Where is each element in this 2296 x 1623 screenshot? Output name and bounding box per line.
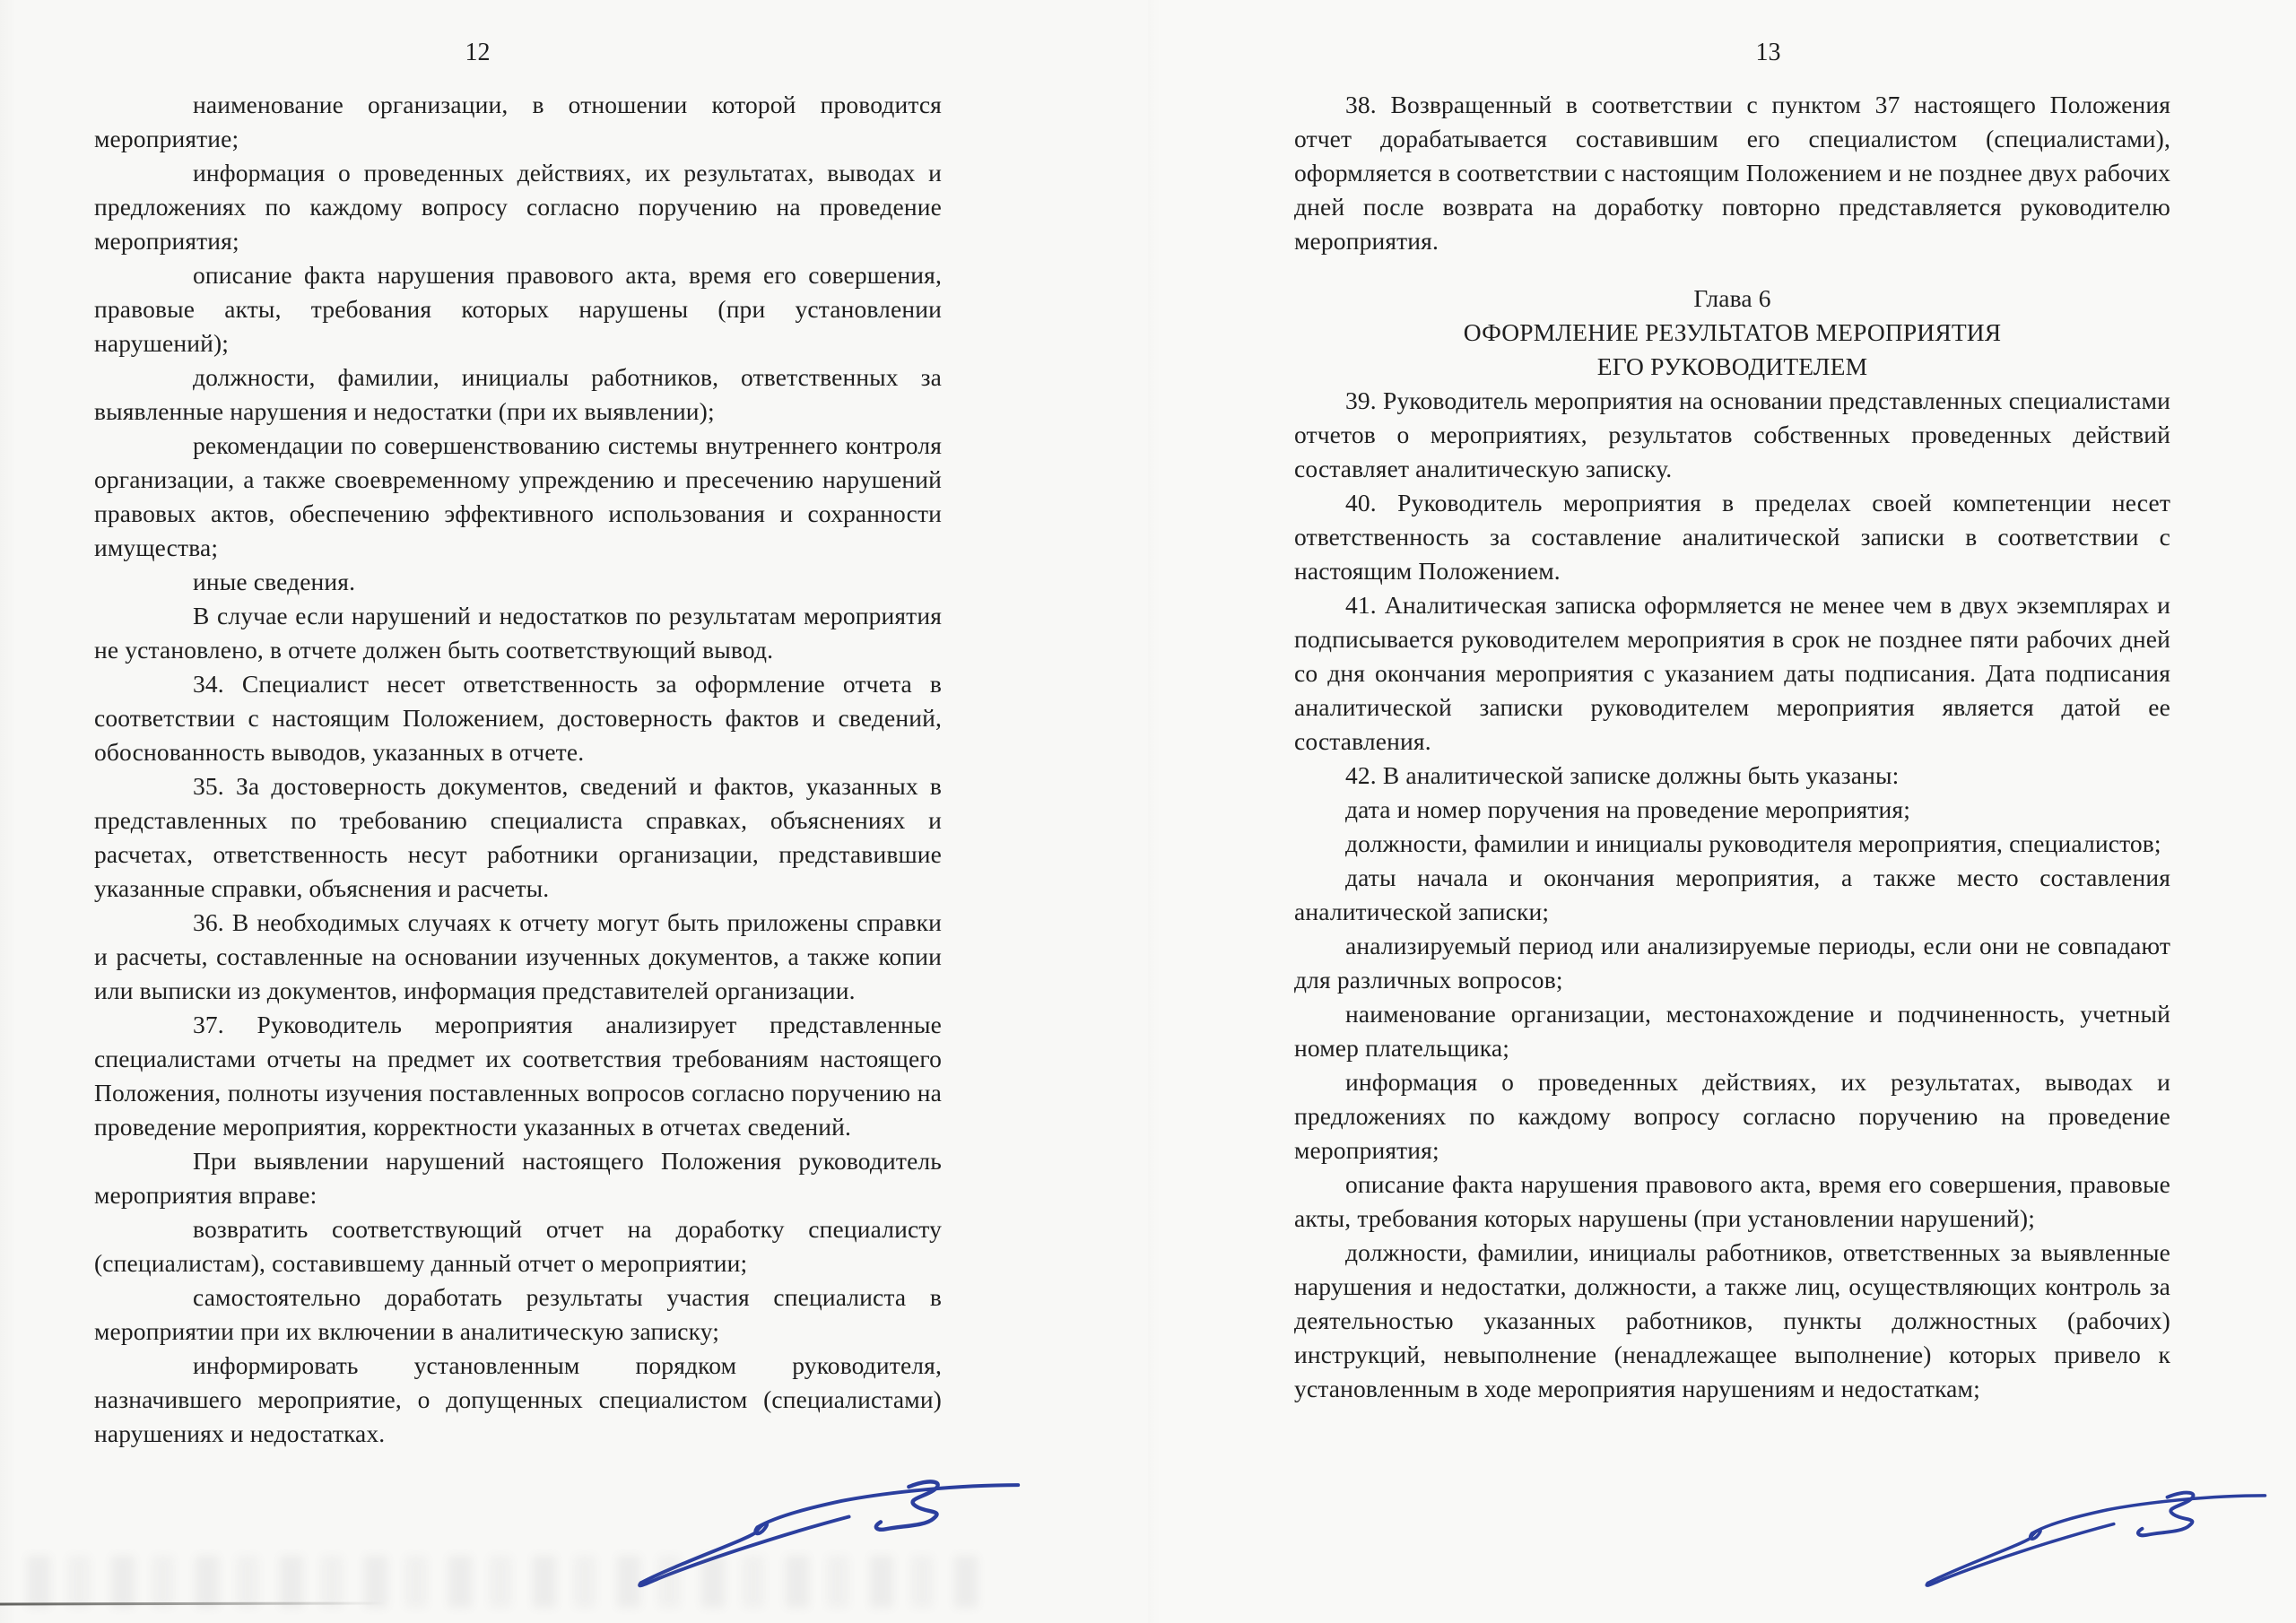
page-12-text-column: 12 наименование организации, в отношении…	[94, 36, 942, 1451]
paragraph: информация о проведенных действиях, их р…	[1294, 1065, 2170, 1167]
signature-loop-stroke	[1926, 1524, 2114, 1586]
paragraph: должности, фамилии, инициалы работников,…	[94, 360, 942, 429]
paragraph: 41. Аналитическая записка оформляется не…	[1294, 588, 2170, 759]
page-number: 13	[1330, 36, 2206, 70]
paragraph: даты начала и окончания мероприятия, а т…	[1294, 861, 2170, 929]
paragraph: наименование организации, местонахождени…	[1294, 997, 2170, 1065]
paragraph: 34. Специалист несет ответственность за …	[94, 667, 942, 769]
paragraph: наименование организации, в отношении ко…	[94, 88, 942, 156]
paragraph: дата и номер поручения на проведение мер…	[1294, 793, 2170, 827]
paragraph: описание факта нарушения правового акта,…	[94, 258, 942, 360]
page-12: 12 наименование организации, в отношении…	[0, 0, 1148, 1623]
page-12-paragraphs: наименование организации, в отношении ко…	[94, 88, 942, 1451]
paragraph: иные сведения.	[94, 565, 942, 599]
paragraph: 38. Возвращенный в соответствии с пункто…	[1294, 88, 2170, 258]
paragraph: 37. Руководитель мероприятия анализирует…	[94, 1008, 942, 1144]
paragraph: В случае если нарушений и недостатков по…	[94, 599, 942, 667]
chapter-title-line-1: ОФОРМЛЕНИЕ РЕЗУЛЬТАТОВ МЕРОПРИЯТИЯ	[1294, 316, 2170, 350]
signature-rise-stroke	[641, 1485, 1019, 1583]
paragraph: 35. За достоверность документов, сведени…	[94, 769, 942, 906]
signature-ink	[1912, 1481, 2274, 1612]
paragraph: 36. В необходимых случаях к отчету могут…	[94, 906, 942, 1008]
page-13-paragraphs: 39. Руководитель мероприятия на основани…	[1294, 384, 2170, 1406]
paragraph: рекомендации по совершенствованию систем…	[94, 429, 942, 565]
paragraph: описание факта нарушения правового акта,…	[1294, 1167, 2170, 1236]
scanned-document: 12 наименование организации, в отношении…	[0, 0, 2296, 1623]
paragraph: самостоятельно доработать результаты уча…	[94, 1280, 942, 1349]
page-13-intro-paragraphs: 38. Возвращенный в соответствии с пункто…	[1294, 88, 2170, 258]
paragraph: должности, фамилии, инициалы работников,…	[1294, 1236, 2170, 1406]
paragraph: информация о проведенных действиях, их р…	[94, 156, 942, 258]
paragraph: возвратить соответствующий отчет на дора…	[94, 1212, 942, 1280]
paragraph: 39. Руководитель мероприятия на основани…	[1294, 384, 2170, 486]
paragraph: должности, фамилии и инициалы руководите…	[1294, 827, 2170, 861]
chapter-number: Глава 6	[1294, 282, 2170, 316]
paragraph: анализируемый период или анализируемые п…	[1294, 929, 2170, 997]
paragraph: 42. В аналитической записке должны быть …	[1294, 759, 2170, 793]
scan-line-artifact	[0, 1602, 386, 1606]
chapter-title-line-2: ЕГО РУКОВОДИТЕЛЕМ	[1294, 350, 2170, 384]
signature-loop-stroke	[639, 1517, 848, 1586]
page-number: 12	[54, 36, 901, 70]
page-13-text-column: 13 38. Возвращенный в соответствии с пун…	[1294, 36, 2170, 1406]
signature-ink	[623, 1472, 1029, 1612]
signature-rise-stroke	[1928, 1496, 2266, 1583]
page-13: 13 38. Возвращенный в соответствии с пун…	[1148, 0, 2296, 1623]
paragraph: информировать установленным порядком рук…	[94, 1349, 942, 1451]
paragraph: 40. Руководитель мероприятия в пределах …	[1294, 486, 2170, 588]
paragraph: При выявлении нарушений настоящего Полож…	[94, 1144, 942, 1212]
